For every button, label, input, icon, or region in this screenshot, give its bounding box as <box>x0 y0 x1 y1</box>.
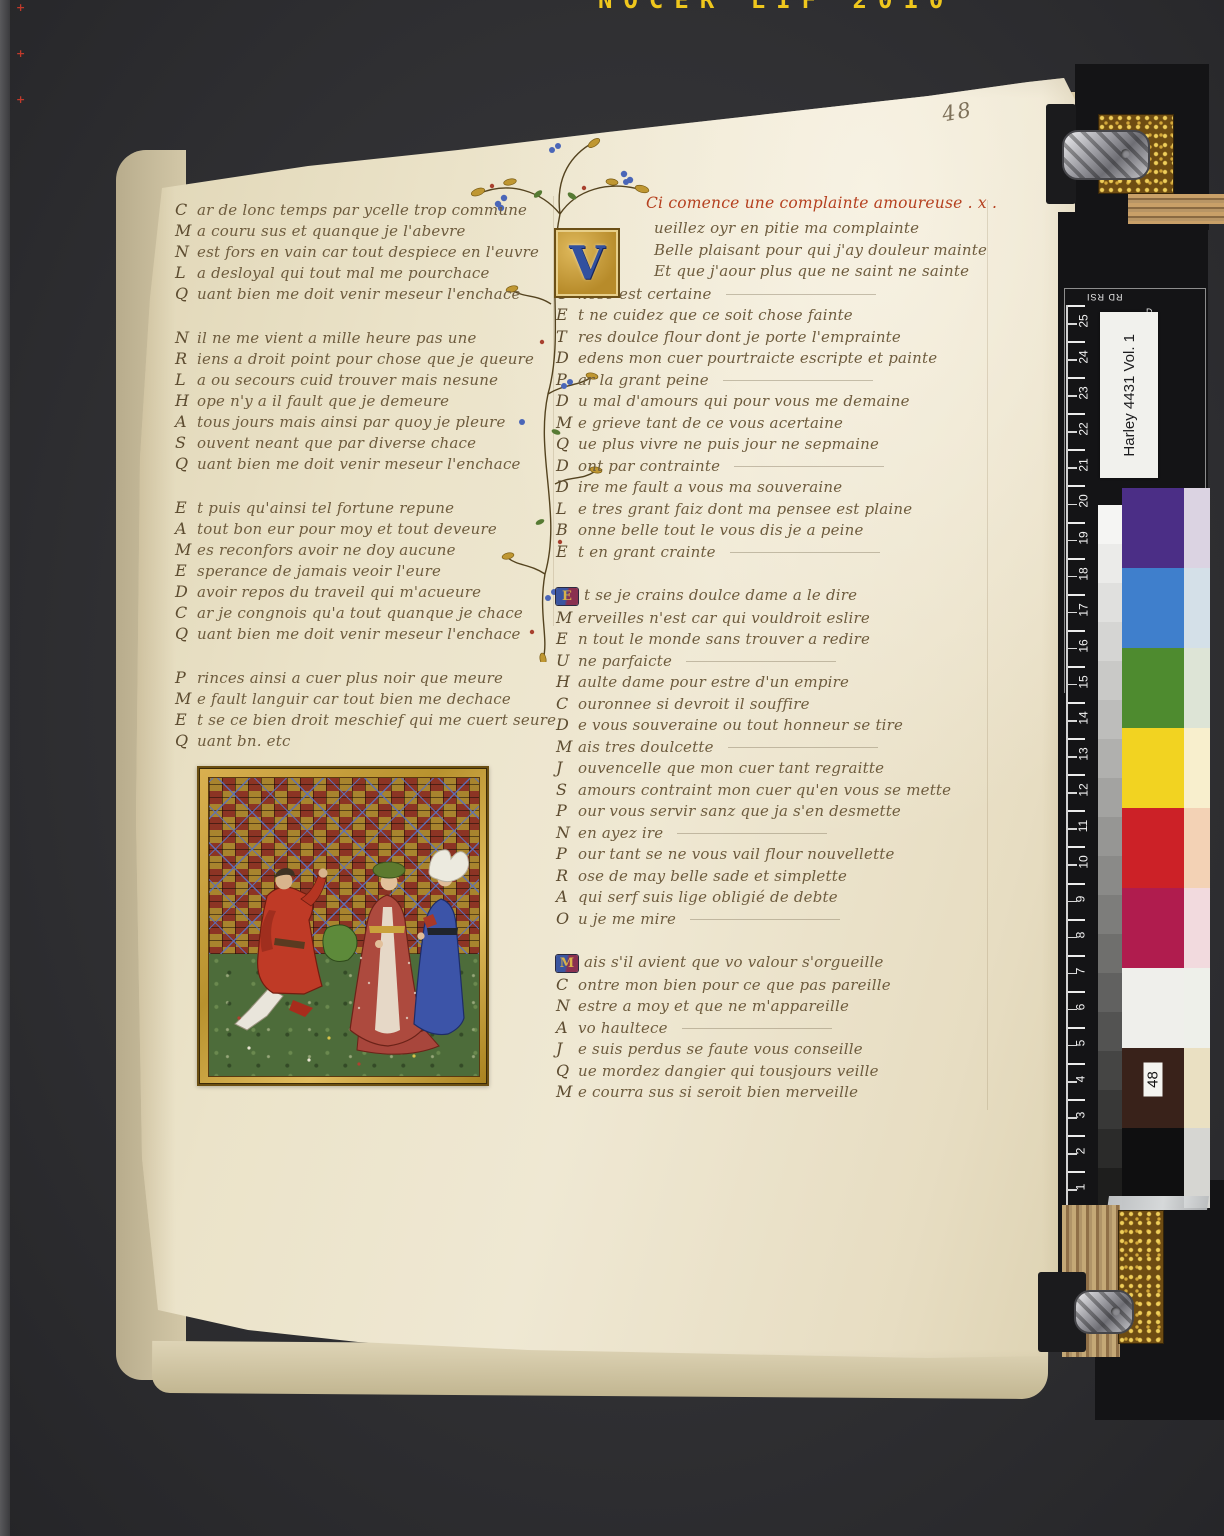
verse-text: ope n'y a il fault que je demeure <box>197 392 449 410</box>
verse-initial: H <box>556 672 578 691</box>
gray-step <box>1098 661 1122 700</box>
verse-line: C ontre mon bien pour ce que pas pareill… <box>556 975 1001 997</box>
verse-initial: M <box>175 689 197 708</box>
ruler-tick: 19 <box>1068 522 1096 558</box>
registration-mark: + <box>16 2 28 14</box>
metal-clip <box>1062 130 1150 180</box>
verse-line: E t se je crains doulce dame a le dire <box>556 586 1001 608</box>
verse-line: L a desloyal qui tout mal me pourchace <box>175 263 565 284</box>
registration-mark: + <box>16 48 28 60</box>
verse-line: C hose est certaine <box>556 284 1001 306</box>
verse-text: iens a droit point pour chose que je que… <box>197 350 534 368</box>
ruler-number: 19 <box>1077 531 1091 544</box>
verse-line: J ouvencelle que mon cuer tant regraitte <box>556 758 1001 780</box>
verse-initial: M <box>175 221 197 240</box>
ruler-number: 3 <box>1073 1112 1087 1119</box>
verse-line: S amours contraint mon cuer qu'en vous s… <box>556 780 1001 802</box>
verse-initial: P <box>175 668 197 687</box>
color-patch <box>1122 488 1184 568</box>
verse-line: E t puis qu'ainsi tel fortune repune <box>175 498 565 519</box>
ruler-number: 22 <box>1077 423 1091 436</box>
verse-line: D ont par contrainte <box>556 456 1001 478</box>
verse-text: tous jours mais ainsi par quoy je pleure <box>197 413 506 431</box>
verse-line: ueillez oyr en pitie ma complainte <box>556 219 1001 241</box>
verse-text: t ne cuidez que ce soit chose fainte <box>578 306 853 324</box>
ruler-tick: 15 <box>1068 666 1096 702</box>
verse-line: C ar je congnois qu'a tout quanque je ch… <box>175 603 565 624</box>
gray-step <box>1098 622 1122 661</box>
color-patch-tint <box>1184 568 1210 648</box>
verse-text: ose de may belle sade et simplette <box>578 867 847 885</box>
shelfmark-label: Harley 4431 Vol. 1 <box>1100 312 1158 478</box>
verse-text: ouvencelle que mon cuer tant regraitte <box>578 759 884 777</box>
verse-text: vo haultece <box>578 1019 832 1037</box>
verse-initial: D <box>556 715 578 734</box>
strip-glare <box>1107 1196 1209 1210</box>
registration-marks: +++ <box>16 2 28 140</box>
verse-text: edens mon cuer pourtraicte escripte et p… <box>578 349 937 367</box>
gray-step <box>1098 1129 1122 1168</box>
verse-line: D u mal d'amours qui pour vous me demain… <box>556 391 1001 413</box>
ruler-number: 15 <box>1077 675 1091 688</box>
color-patch-row <box>1122 568 1210 648</box>
gray-step <box>1098 895 1122 934</box>
verse-initial: L <box>175 263 197 282</box>
verse-initial: N <box>175 242 197 261</box>
verse-text: res doulce flour dont je porte l'emprain… <box>578 328 901 346</box>
color-patch-row: 48 <box>1122 1048 1210 1128</box>
color-patch-tint <box>1184 888 1210 968</box>
verse-text: es reconfors avoir ne doy aucune <box>197 541 456 559</box>
verse-initial: P <box>556 370 578 389</box>
verse-initial: R <box>175 349 197 368</box>
verse-line: N en ayez ire <box>556 823 1001 845</box>
color-patch <box>1122 648 1184 728</box>
verse-text: ire me fault a vous ma souveraine <box>578 478 842 496</box>
verse-initial: S <box>556 780 578 799</box>
verse-initial: S <box>175 433 197 452</box>
verse-initial: E <box>175 498 197 517</box>
verse-text: Belle plaisant pour qui j'ay douleur mai… <box>654 241 987 259</box>
ruler-number: 2 <box>1073 1148 1087 1155</box>
verse-line: Et que j'aour plus que ne saint ne saint… <box>556 262 1001 284</box>
ruler-tick: 6 <box>1068 991 1096 1027</box>
ruler-number: 11 <box>1076 820 1090 832</box>
verse-text: ont par contrainte <box>578 457 884 475</box>
verse-initial: Q <box>175 624 197 643</box>
photo-left-edge <box>0 0 10 1536</box>
verse-initial: A <box>556 887 578 906</box>
verse-text: our tant se ne vous vail flour nouvellet… <box>578 845 895 863</box>
verse-text: n tout le monde sans trouver a redire <box>578 630 870 648</box>
centimetre-ruler: 25 24 23 22 21 20 19 <box>1066 305 1096 1207</box>
verse-initial: E <box>175 561 197 580</box>
verse-text: a couru sus et quanque je l'abevre <box>197 222 466 240</box>
verse-initial: P <box>556 801 578 820</box>
verse-line: M e fault languir car tout bien me decha… <box>175 689 565 710</box>
verse-line: A qui serf suis lige obligié de debte <box>556 887 1001 909</box>
verse-text: u je me mire <box>578 910 840 928</box>
ruler-number: 9 <box>1073 895 1087 902</box>
ruler-tick: 21 <box>1068 449 1096 485</box>
ruler-number: 6 <box>1073 1003 1087 1010</box>
ruler-tick: 14 <box>1068 702 1096 738</box>
ruler-tick: 24 <box>1068 341 1096 377</box>
gray-step <box>1098 778 1122 817</box>
verse-initial: M <box>556 955 578 972</box>
verse-initial: Q <box>556 434 578 453</box>
verse-text: en ayez ire <box>578 824 827 842</box>
color-patch-tint <box>1184 648 1210 728</box>
verse-initial: M <box>556 608 578 627</box>
verse-line: D ire me fault a vous ma souveraine <box>556 477 1001 499</box>
verse-initial: M <box>556 737 578 756</box>
verse-initial: C <box>175 603 197 622</box>
color-patch: 48 <box>1122 1048 1184 1128</box>
film-edge-text: NOCER LIF 2010 <box>598 0 954 14</box>
lady-in-blue <box>414 850 469 1035</box>
verse-text: ne parfaicte <box>578 652 836 670</box>
gray-step <box>1098 700 1122 739</box>
folio-number-label: 48 <box>1144 1063 1163 1097</box>
ruler-number: 16 <box>1077 639 1091 652</box>
ruler-tick: 3 <box>1068 1099 1096 1135</box>
ruler-tick: 11 <box>1068 810 1096 846</box>
color-patch-tint <box>1184 728 1210 808</box>
left-text-column: C ar de lonc temps par ycelle trop commu… <box>175 200 565 752</box>
ruler-tick: 16 <box>1068 630 1096 666</box>
verse-line: A tout bon eur pour moy et tout deveure <box>175 519 565 540</box>
verse-text: e suis perdus se faute vous conseille <box>578 1040 863 1058</box>
ruler-tick: 10 <box>1068 846 1096 882</box>
color-patch <box>1122 808 1184 888</box>
ruler-tick: 17 <box>1068 594 1096 630</box>
verse-text: e courra sus si seroit bien merveille <box>578 1083 858 1101</box>
verse-text: avoir repos du traveil qui m'acueure <box>197 583 481 601</box>
ruler-number: 18 <box>1077 567 1091 580</box>
verse-line: Q ue plus vivre ne puis jour ne sepmaine <box>556 434 1001 456</box>
color-patch-row <box>1122 968 1210 1048</box>
verse-initial: E <box>556 542 578 561</box>
verse-initial: U <box>556 651 578 670</box>
miniature-scene <box>208 777 480 1077</box>
verse-initial: J <box>556 1039 578 1058</box>
color-patch-tint <box>1184 808 1210 888</box>
verse-initial: E <box>556 588 578 605</box>
verse-initial: D <box>556 477 578 496</box>
verse-initial: D <box>556 348 578 367</box>
verse-text: t en grant crainte <box>578 543 880 561</box>
verse-initial: E <box>556 629 578 648</box>
verse-line: T res doulce flour dont je porte l'empra… <box>556 327 1001 349</box>
ruler-tick: 18 <box>1068 558 1096 594</box>
wooden-stick <box>1128 194 1224 224</box>
verse-initial: E <box>175 710 197 729</box>
verse-line: A tous jours mais ainsi par quoy je pleu… <box>175 412 565 433</box>
ruler-number: 17 <box>1077 603 1091 616</box>
verse-line: O u je me mire <box>556 909 1001 931</box>
ruler-number: 13 <box>1077 747 1091 760</box>
ruler-number: 7 <box>1073 967 1087 974</box>
ruler-number: 14 <box>1077 711 1091 724</box>
verse-line: R iens a droit point pour chose que je q… <box>175 349 565 370</box>
verse-line: P our tant se ne vous vail flour nouvell… <box>556 844 1001 866</box>
ruler-number: 4 <box>1073 1076 1087 1083</box>
verse-text: ar je congnois qu'a tout quanque je chac… <box>197 604 523 622</box>
ruler-tick: 20 <box>1068 485 1096 521</box>
verse-line: C ouronnee si devroit il souffire <box>556 694 1001 716</box>
verse-line: Q uant bien me doit venir meseur l'encha… <box>175 284 565 305</box>
verse-text: ontre mon bien pour ce que pas pareille <box>578 976 891 994</box>
verse-line: Q uant bien me doit venir meseur l'encha… <box>175 624 565 645</box>
verse-line: M es reconfors avoir ne doy aucune <box>175 540 565 561</box>
rubric: Ci comence une complainte amoureuse . x … <box>646 194 1001 212</box>
metal-clip <box>1074 1290 1134 1334</box>
verse-initial: Q <box>175 284 197 303</box>
verse-initial: Q <box>175 731 197 750</box>
verse-line: E t en grant crainte <box>556 542 1001 564</box>
verse-line: P our vous servir sanz que ja s'en desme… <box>556 801 1001 823</box>
verse-text: ar de lonc temps par ycelle trop commune <box>197 201 527 219</box>
verse-text: ueillez oyr en pitie ma complainte <box>654 219 919 237</box>
verse-text: t se ce bien droit meschief qui me cuert… <box>197 711 556 729</box>
photograph-of-manuscript-opening: NOCER LIF 2010 +++ 48 <box>0 0 1224 1536</box>
ruler-tick: 9 <box>1068 883 1096 919</box>
verse-line: P ar la grant peine <box>556 370 1001 392</box>
ruler-number: 23 <box>1077 387 1091 400</box>
ruler-number: 25 <box>1077 314 1091 327</box>
gray-step <box>1098 934 1122 973</box>
verse-text: uant bien me doit venir meseur l'enchace <box>197 285 521 303</box>
color-patch-row <box>1122 728 1210 808</box>
verse-line: U ne parfaicte <box>556 651 1001 673</box>
verse-line: J e suis perdus se faute vous conseille <box>556 1039 1001 1061</box>
verse-line: P rinces ainsi a cuer plus noir que meur… <box>175 668 565 689</box>
verse-line: E sperance de jamais veoir l'eure <box>175 561 565 582</box>
ruler-tick: 5 <box>1068 1027 1096 1063</box>
color-patch-tint <box>1184 968 1210 1048</box>
verse-initial: N <box>175 328 197 347</box>
verse-text: aulte dame pour estre d'un empire <box>578 673 849 691</box>
ruler-tick: 1 <box>1068 1171 1096 1207</box>
verse-text: ais tres doulcette <box>578 738 878 756</box>
verse-initial: E <box>556 305 578 324</box>
verse-line: B onne belle tout le vous dis je a peine <box>556 520 1001 542</box>
color-patch-row <box>1122 648 1210 728</box>
verse-line: M ais s'il avient que vo valour s'orguei… <box>556 953 1001 975</box>
target-header-text: RD RSI <box>1086 292 1123 302</box>
ruler-number: 10 <box>1077 856 1091 869</box>
color-patch <box>1122 888 1184 968</box>
verse-line: E t se ce bien droit meschief qui me cue… <box>175 710 565 731</box>
verse-line: E t ne cuidez que ce soit chose fainte <box>556 305 1001 327</box>
illuminated-initial: V <box>554 228 620 298</box>
verse-initial: N <box>556 823 578 842</box>
verse-text: e vous souveraine ou tout honneur se tir… <box>578 716 903 734</box>
verse-text: ar la grant peine <box>578 371 873 389</box>
verse-text: uant bn. etc <box>197 732 291 750</box>
verse-text: il ne me vient a mille heure pas une <box>197 329 477 347</box>
verse-initial: C <box>556 975 578 994</box>
color-patch-tint <box>1184 1048 1210 1128</box>
verse-initial: R <box>556 866 578 885</box>
verse-initial: H <box>175 391 197 410</box>
verse-initial: Q <box>556 1061 578 1080</box>
verse-line: M a couru sus et quanque je l'abevre <box>175 221 565 242</box>
ruler-tick: 12 <box>1068 774 1096 810</box>
verse-line: Q ue mordez dangier qui tousjours veille <box>556 1061 1001 1083</box>
verse-line: S ouvent neant que par diverse chace <box>175 433 565 454</box>
kneeling-man <box>235 868 357 1030</box>
ruler-number: 5 <box>1073 1040 1087 1047</box>
gray-step <box>1098 1090 1122 1129</box>
verse-line: N il ne me vient a mille heure pas une <box>175 328 565 349</box>
verse-text: onne belle tout le vous dis je a peine <box>578 521 864 539</box>
verse-line: M erveilles n'est car qui vouldroit esli… <box>556 608 1001 630</box>
gray-step <box>1098 739 1122 778</box>
ruler-number: 24 <box>1077 350 1091 363</box>
verse-line: C ar de lonc temps par ycelle trop commu… <box>175 200 565 221</box>
verse-initial: M <box>175 540 197 559</box>
verse-initial: D <box>556 391 578 410</box>
miniature-figures <box>209 778 473 1074</box>
verse-line: L e tres grant faiz dont ma pensee est p… <box>556 499 1001 521</box>
verse-text: ue plus vivre ne puis jour ne sepmaine <box>578 435 879 453</box>
verse-initial: J <box>556 758 578 777</box>
verse-line: D e vous souveraine ou tout honneur se t… <box>556 715 1001 737</box>
verse-line: D edens mon cuer pourtraicte escripte et… <box>556 348 1001 370</box>
gray-step <box>1098 505 1122 544</box>
right-text-column: Ci comence une complainte amoureuse . x … <box>556 194 1001 1104</box>
registration-mark: + <box>16 94 28 106</box>
verse-initial: D <box>175 582 197 601</box>
verse-text: e tres grant faiz dont ma pensee est pla… <box>578 500 912 518</box>
verse-initial: M <box>556 413 578 432</box>
verse-text: e fault languir car tout bien me dechace <box>197 690 511 708</box>
verse-initial: C <box>556 694 578 713</box>
verse-text: hose est certaine <box>578 285 876 303</box>
color-patch-row <box>1122 808 1210 888</box>
verse-line: N est fors en vain car tout despiece en … <box>175 242 565 263</box>
verse-text: amours contraint mon cuer qu'en vous se … <box>578 781 951 799</box>
verse-initial: L <box>175 370 197 389</box>
verse-line: H ope n'y a il fault que je demeure <box>175 391 565 412</box>
verse-initial: D <box>556 456 578 475</box>
miniature-frame <box>197 766 489 1086</box>
ruler-tick: 8 <box>1068 919 1096 955</box>
ruler-tick: 13 <box>1068 738 1096 774</box>
verse-text: Et que j'aour plus que ne saint ne saint… <box>654 262 969 280</box>
verse-text: qui serf suis lige obligié de debte <box>578 888 838 906</box>
verse-text: rinces ainsi a cuer plus noir que meure <box>197 669 503 687</box>
gray-step <box>1098 973 1122 1012</box>
ruler-tick: 2 <box>1068 1135 1096 1171</box>
ruler-tick: 23 <box>1068 377 1096 413</box>
gray-step <box>1098 583 1122 622</box>
ruler-tick: 25 <box>1068 305 1096 341</box>
color-patch <box>1122 728 1184 808</box>
verse-line: M e courra sus si seroit bien merveille <box>556 1082 1001 1104</box>
color-patch-column: 48 <box>1122 488 1210 1208</box>
verse-text: uant bien me doit venir meseur l'enchace <box>197 455 521 473</box>
verse-line: R ose de may belle sade et simplette <box>556 866 1001 888</box>
verse-text: t se je crains doulce dame a le dire <box>584 586 857 604</box>
color-patch <box>1122 568 1184 648</box>
verse-initial: B <box>556 520 578 539</box>
verse-text: ouronnee si devroit il souffire <box>578 695 810 713</box>
color-patch-row <box>1122 888 1210 968</box>
verse-text: tout bon eur pour moy et tout deveure <box>197 520 497 538</box>
verse-line: D avoir repos du traveil qui m'acueure <box>175 582 565 603</box>
verse-line: Belle plaisant pour qui j'ay douleur mai… <box>556 241 1001 263</box>
gray-step <box>1098 1051 1122 1090</box>
verse-text: erveilles n'est car qui vouldroit eslire <box>578 609 870 627</box>
ruler-number: 12 <box>1077 784 1091 797</box>
verse-text: sperance de jamais veoir l'eure <box>197 562 441 580</box>
color-patch-row <box>1122 488 1210 568</box>
verse-initial: M <box>556 1082 578 1101</box>
verse-initial: C <box>175 200 197 219</box>
verse-initial: N <box>556 996 578 1015</box>
ruler-number: 8 <box>1073 931 1087 938</box>
verse-initial: Q <box>175 454 197 473</box>
verse-initial: P <box>556 844 578 863</box>
gray-step <box>1098 1012 1122 1051</box>
verse-text: ouvent neant que par diverse chace <box>197 434 476 452</box>
color-patch <box>1122 968 1184 1048</box>
verse-line: A vo haultece <box>556 1018 1001 1040</box>
ruler-number: 1 <box>1073 1184 1087 1191</box>
verse-initial: T <box>556 327 578 346</box>
verse-text: est fors en vain car tout despiece en l'… <box>197 243 539 261</box>
ruler-number: 21 <box>1077 459 1091 472</box>
verse-text: u mal d'amours qui pour vous me demaine <box>578 392 910 410</box>
verse-line: Q uant bien me doit venir meseur l'encha… <box>175 454 565 475</box>
verse-line: E n tout le monde sans trouver a redire <box>556 629 1001 651</box>
verse-line: L a ou secours cuid trouver mais nesune <box>175 370 565 391</box>
verse-line: N estre a moy et que ne m'appareille <box>556 996 1001 1018</box>
verse-text: ue mordez dangier qui tousjours veille <box>578 1062 879 1080</box>
verse-initial: O <box>556 909 578 928</box>
verse-text: a desloyal qui tout mal me pourchace <box>197 264 490 282</box>
verse-initial: A <box>175 519 197 538</box>
ruler-number: 20 <box>1077 495 1091 508</box>
verse-line: M e grieve tant de ce vous acertaine <box>556 413 1001 435</box>
verse-text: uant bien me doit venir meseur l'enchace <box>197 625 521 643</box>
verse-initial: A <box>556 1018 578 1037</box>
color-patch-tint <box>1184 488 1210 568</box>
grayscale-ramp <box>1098 505 1122 1207</box>
verse-line: H aulte dame pour estre d'un empire <box>556 672 1001 694</box>
gray-step <box>1098 544 1122 583</box>
ruler-tick: 22 <box>1068 413 1096 449</box>
verse-initial: L <box>556 499 578 518</box>
verse-text: our vous servir sanz que ja s'en desmett… <box>578 802 901 820</box>
verse-text: estre a moy et que ne m'appareille <box>578 997 849 1015</box>
ruler-tick: 7 <box>1068 955 1096 991</box>
ruler-tick: 4 <box>1068 1063 1096 1099</box>
verse-text: ais s'il avient que vo valour s'orgueill… <box>584 953 884 971</box>
verse-initial: A <box>175 412 197 431</box>
verse-line: M ais tres doulcette <box>556 737 1001 759</box>
verse-text: t puis qu'ainsi tel fortune repune <box>197 499 454 517</box>
gray-step <box>1098 856 1122 895</box>
gray-step <box>1098 817 1122 856</box>
verse-line: Q uant bn. etc <box>175 731 565 752</box>
verse-text: e grieve tant de ce vous acertaine <box>578 414 843 432</box>
verse-text: a ou secours cuid trouver mais nesune <box>197 371 498 389</box>
